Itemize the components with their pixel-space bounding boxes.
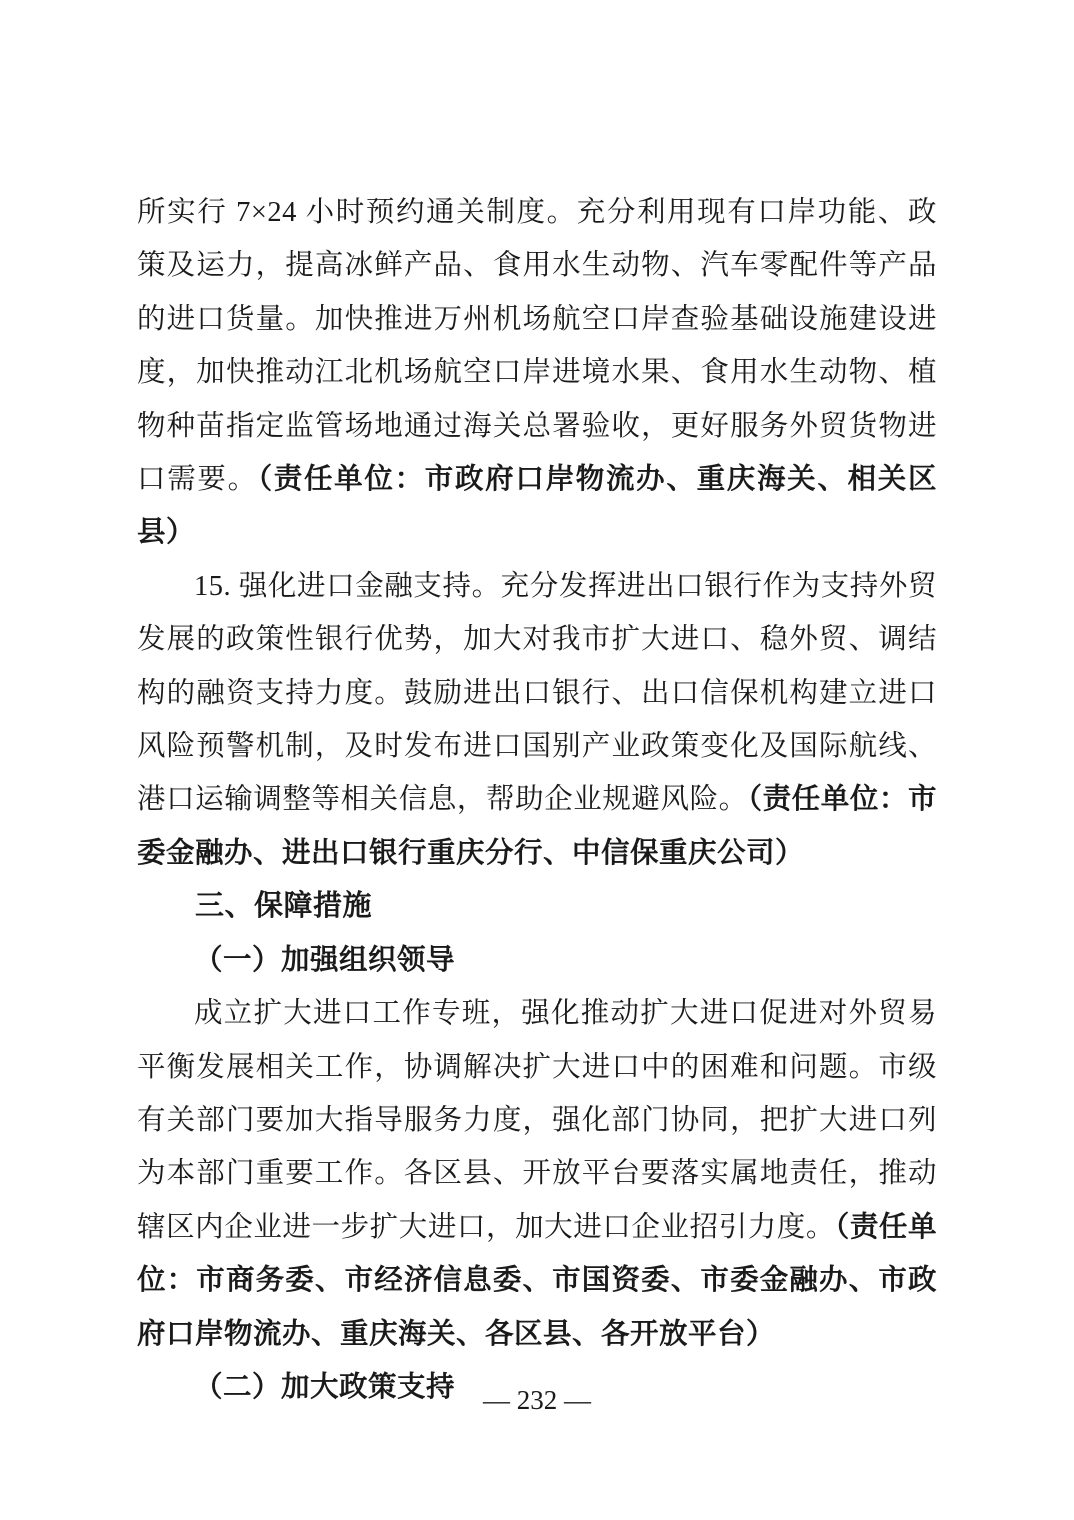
paragraph-org-leadership: 成立扩大进口工作专班，强化推动扩大进口促进对外贸易平衡发展相关工作，协调解决扩大… <box>137 987 937 1361</box>
paragraph-import-finance: 15. 强化进口金融支持。充分发挥进出口银行作为支持外贸发展的政策性银行优势，加… <box>137 560 937 880</box>
paragraph-customs-clearance-text: 所实行 7×24 小时预约通关制度。充分利用现有口岸功能、政策及运力，提高冰鲜产… <box>137 197 937 495</box>
page-number: — 232 — <box>0 1385 1074 1416</box>
document-body: 所实行 7×24 小时预约通关制度。充分利用现有口岸功能、政策及运力，提高冰鲜产… <box>137 186 937 1414</box>
paragraph-import-finance-text: 15. 强化进口金融支持。充分发挥进出口银行作为支持外贸发展的政策性银行优势，加… <box>137 571 937 816</box>
sub-heading-organizational-leadership: （一）加强组织领导 <box>137 934 937 987</box>
paragraph-customs-clearance: 所实行 7×24 小时预约通关制度。充分利用现有口岸功能、政策及运力，提高冰鲜产… <box>137 186 937 560</box>
paragraph-org-leadership-text: 成立扩大进口工作专班，强化推动扩大进口促进对外贸易平衡发展相关工作，协调解决扩大… <box>137 998 937 1243</box>
document-page: 所实行 7×24 小时预约通关制度。充分利用现有口岸功能、政策及运力，提高冰鲜产… <box>0 0 1074 1520</box>
responsible-unit-customs: （责任单位：市政府口岸物流办、重庆海关、相关区县） <box>137 464 937 548</box>
section-heading-safeguard-measures: 三、保障措施 <box>137 880 937 933</box>
